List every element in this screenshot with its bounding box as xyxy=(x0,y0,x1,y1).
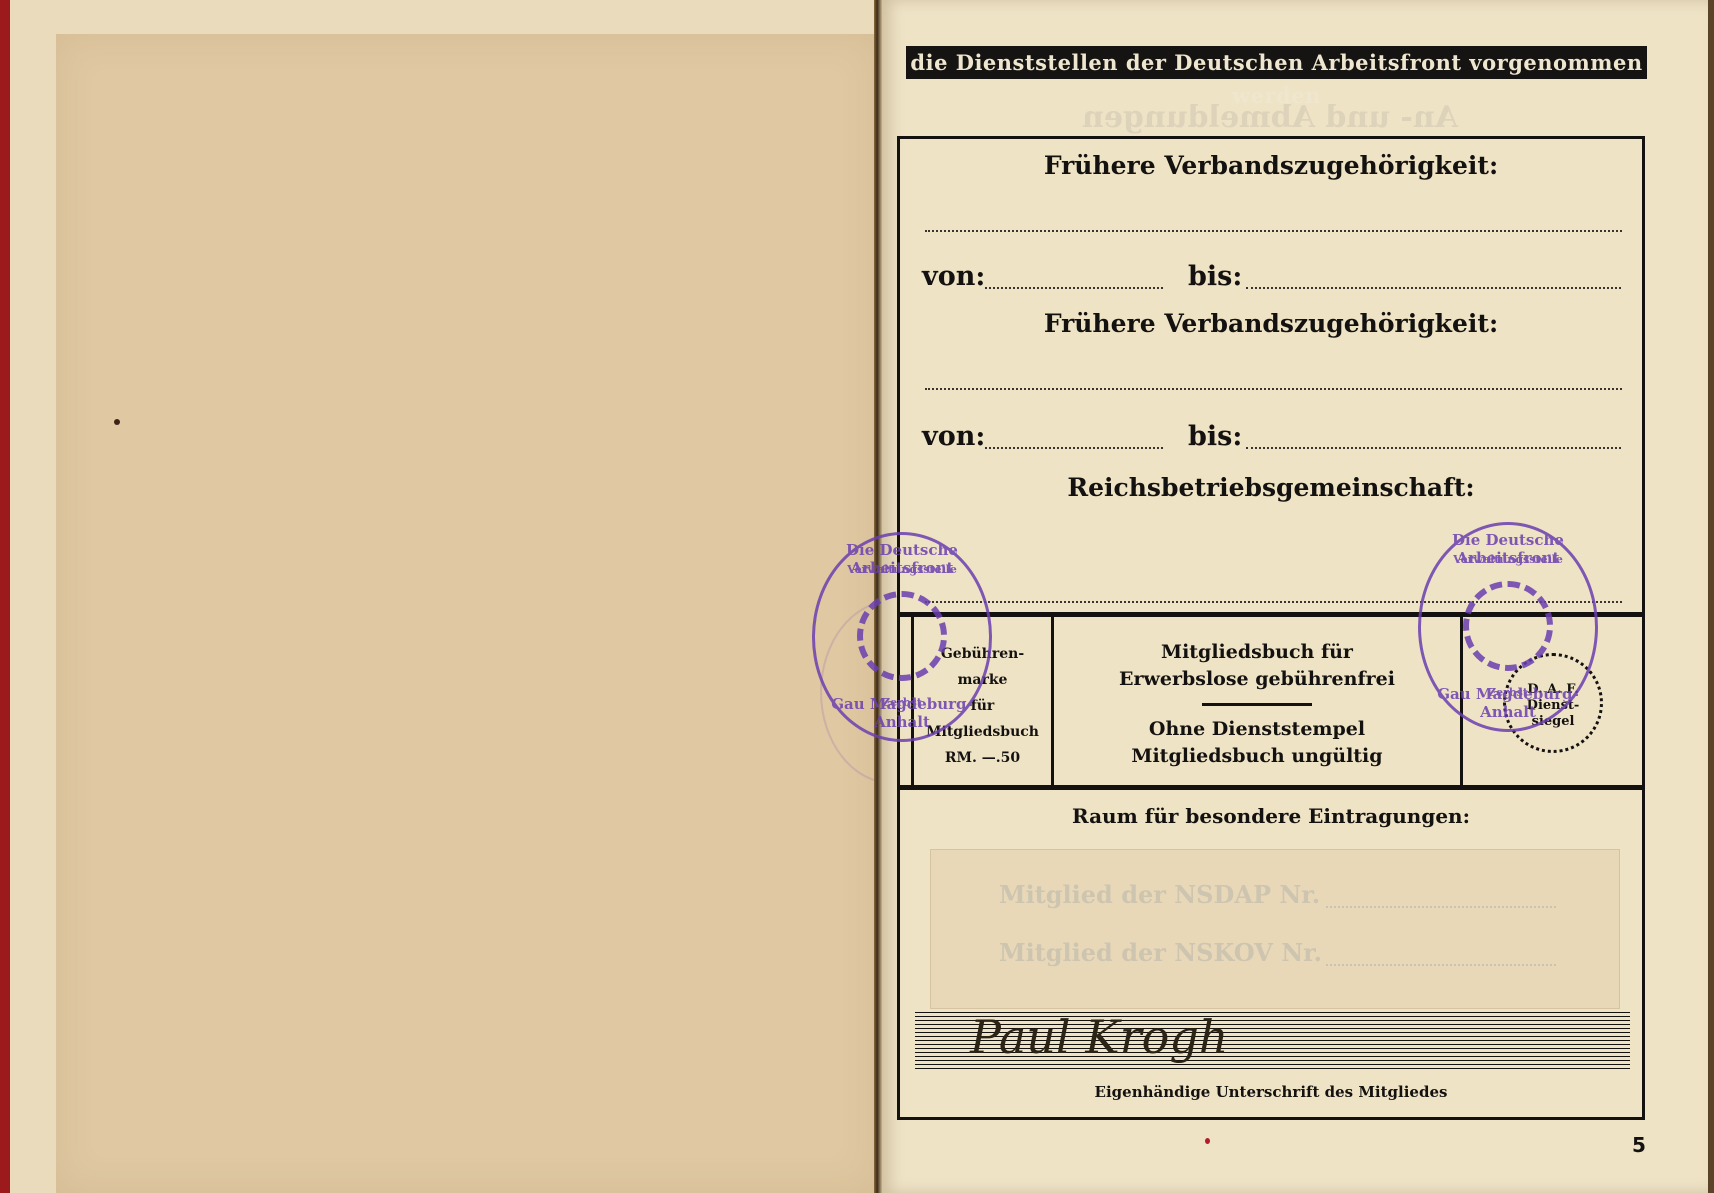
nskov-member-line: Mitglied der NSKOV Nr. xyxy=(999,938,1322,967)
to-field-1[interactable] xyxy=(1246,287,1621,289)
previous-union-heading-1: Frühere Verbandszugehörigkeit: xyxy=(900,151,1642,180)
cogwheel-swastika-emblem-icon xyxy=(1463,581,1553,671)
page-number: 5 xyxy=(1632,1133,1646,1157)
from-field-2[interactable] xyxy=(985,447,1163,449)
notice-block: Mitgliedsbuch für Erwerbslose gebührenfr… xyxy=(1057,617,1457,785)
daf-stamp-left: Die Deutsche Arbeitsfront Verwaltungsste… xyxy=(812,532,992,742)
pasted-entry-slip: Mitglied der NSDAP Nr. Mitglied der NSKO… xyxy=(930,849,1620,1009)
notice-line-2: Erwerbslose gebührenfrei xyxy=(1057,666,1457,693)
previous-union-line-1[interactable] xyxy=(925,230,1622,232)
ink-speck xyxy=(114,419,120,425)
to-field-2[interactable] xyxy=(1246,447,1621,449)
membership-form-box: Frühere Verbandszugehörigkeit: von: bis:… xyxy=(897,136,1645,1120)
nskov-number-field[interactable] xyxy=(1326,964,1556,966)
notice-line-3: Ohne Dienststempel xyxy=(1057,716,1457,743)
signature-caption: Eigenhändige Unterschrift des Mitgliedes xyxy=(900,1083,1642,1101)
stamp-text-bottom: Gau Magdeburg-Anhalt xyxy=(1421,685,1595,721)
from-field-1[interactable] xyxy=(985,287,1163,289)
nsdap-number-field[interactable] xyxy=(1326,906,1556,908)
header-banner: die Dienststellen der Deutschen Arbeitsf… xyxy=(906,46,1647,79)
bleed-through-heading: An- und Abmeldungen xyxy=(1040,100,1500,135)
previous-union-heading-2: Frühere Verbandszugehörigkeit: xyxy=(900,309,1642,338)
stamp-text-bottom: Gau Magdeburg-Anhalt xyxy=(815,695,989,731)
to-label-2: bis: xyxy=(1188,421,1242,452)
daf-stamp-right: Die Deutsche Arbeitsfront Verwaltungsste… xyxy=(1418,522,1598,732)
fee-amount: RM. —.50 xyxy=(914,745,1051,771)
member-signature: Paul Krogh xyxy=(970,997,1270,1087)
notice-line-1: Mitgliedsbuch für xyxy=(1057,639,1457,666)
cogwheel-swastika-emblem-icon xyxy=(857,591,947,681)
left-page-endpaper xyxy=(56,34,878,1193)
stamp-text-sub: Verwaltungsstelle xyxy=(1421,553,1595,566)
from-label-2: von: xyxy=(922,421,985,452)
reich-enterprise-community-heading: Reichsbetriebsgemeinschaft: xyxy=(900,473,1642,502)
red-ink-speck xyxy=(1205,1138,1210,1144)
red-cover-edge xyxy=(0,0,10,1193)
to-label-1: bis: xyxy=(1188,261,1242,292)
page-edge-shadow xyxy=(1708,0,1714,1193)
notice-line-4: Mitgliedsbuch ungültig xyxy=(1057,743,1457,770)
from-label-1: von: xyxy=(922,261,985,292)
previous-union-line-2[interactable] xyxy=(925,388,1622,390)
special-entries-heading: Raum für besondere Eintragungen: xyxy=(900,804,1642,828)
notice-divider xyxy=(1202,703,1312,706)
stamp-text-sub: Verwaltungsstelle xyxy=(815,563,989,576)
nsdap-member-line: Mitglied der NSDAP Nr. xyxy=(999,880,1320,909)
